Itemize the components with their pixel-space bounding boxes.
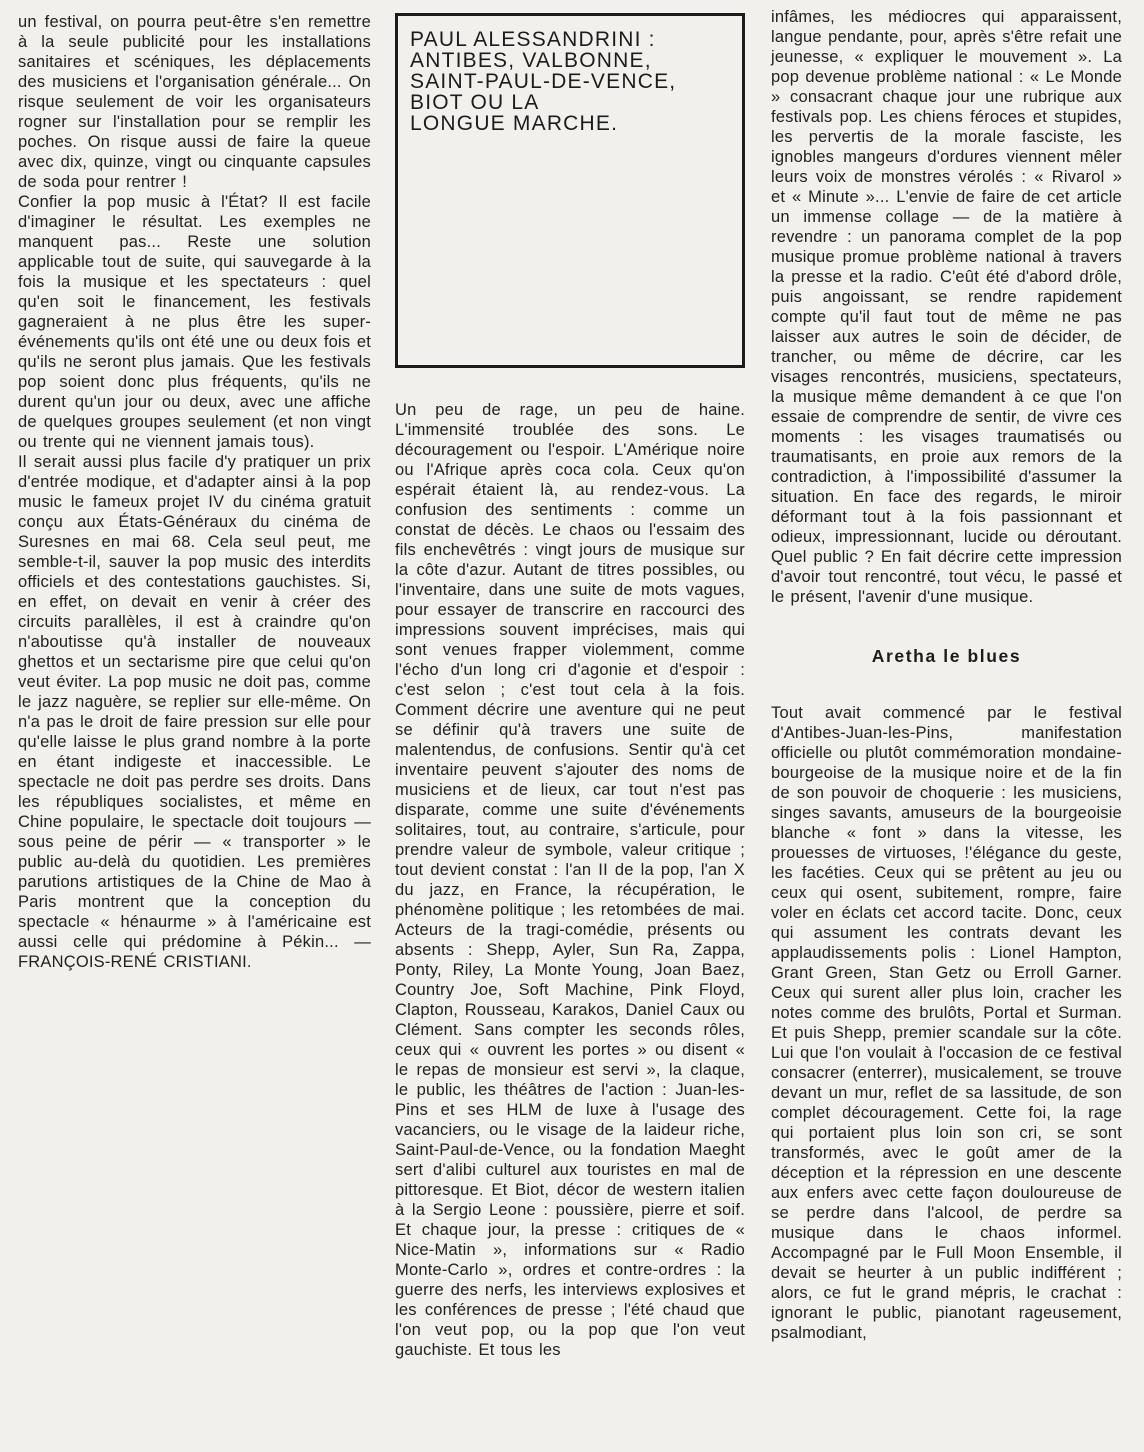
- paragraph: Il serait aussi plus facile d'y pratique…: [18, 452, 371, 972]
- paragraph: Confier la pop music à l'État? Il est fa…: [18, 192, 371, 452]
- paragraph: Tout avait commencé par le festival d'An…: [771, 703, 1122, 1343]
- column-center: PAUL ALESSANDRINI : ANTIBES, VALBONNE, S…: [395, 13, 745, 1360]
- column-right: infâmes, les médiocres qui apparaissent,…: [771, 7, 1122, 1343]
- article-title-box: PAUL ALESSANDRINI : ANTIBES, VALBONNE, S…: [395, 13, 745, 368]
- article-title-line: LONGUE MARCHE.: [410, 113, 730, 134]
- article-title-line: SAINT-PAUL-DE-VENCE,: [410, 71, 730, 92]
- magazine-page: un festival, on pourra peut-être s'en re…: [0, 0, 1144, 1452]
- article-title-line: ANTIBES, VALBONNE,: [410, 50, 730, 71]
- paragraph: infâmes, les médiocres qui apparaissent,…: [771, 7, 1122, 607]
- paragraph: un festival, on pourra peut-être s'en re…: [18, 12, 371, 192]
- paragraph: Un peu de rage, un peu de haine. L'immen…: [395, 400, 745, 1360]
- section-heading: Aretha le blues: [771, 646, 1122, 666]
- column-left: un festival, on pourra peut-être s'en re…: [18, 12, 371, 972]
- article-title-line: BIOT OU LA: [410, 92, 730, 113]
- article-title-line: PAUL ALESSANDRINI :: [410, 29, 730, 50]
